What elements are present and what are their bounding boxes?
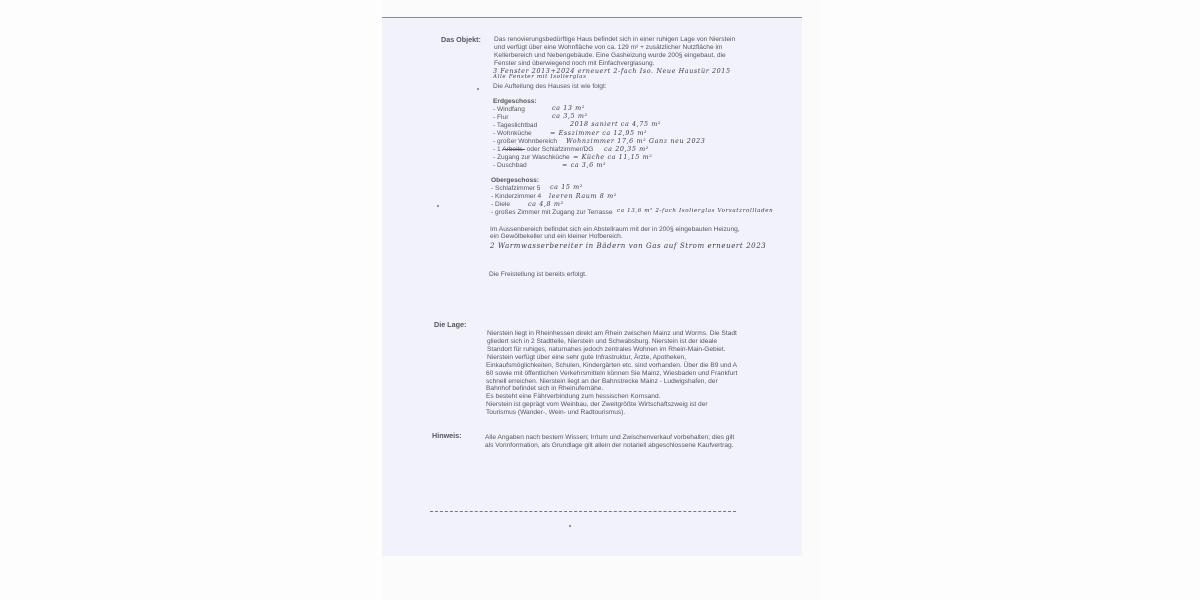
scan-speck xyxy=(569,525,571,527)
room-item: - großes Zimmer mit Zugang zur Terrasse xyxy=(491,209,613,217)
lage-line: Nierstein liegt in Rheinhessen direkt am… xyxy=(487,330,737,338)
lage-line: Standort für ruhiges, naturnahes jedoch … xyxy=(487,346,725,354)
room-note: 2018 saniert ca 4,75 m² xyxy=(570,120,661,128)
room-item: - Wohnküche xyxy=(493,130,532,138)
hinweis-line: als Vorinformation, als Grundlage gilt a… xyxy=(485,442,734,450)
freistellung-text: Die Freistellung ist bereits erfolgt. xyxy=(489,271,587,279)
room-item: - Duschbad xyxy=(493,162,527,170)
room-item: - Schlafzimmer 5 xyxy=(491,185,540,193)
room-item: - Tageslichtbad xyxy=(493,122,537,130)
room-note: leeren Raum 8 m² xyxy=(549,192,617,200)
objekt-intro-line: und verfügt über eine Wohnfläche von ca.… xyxy=(494,44,722,52)
scan-speck xyxy=(437,205,439,207)
room-note: Wohnzimmer 17,6 m² Ganz neu 2023 xyxy=(566,137,705,145)
section-label-hinweis: Hinweis: xyxy=(432,431,462,440)
section-label-objekt: Das Objekt: xyxy=(441,35,481,44)
room-note: ca 13 m² xyxy=(552,104,585,112)
hinweis-line: Alle Angaben nach bestem Wissen; Irrtum … xyxy=(485,434,734,442)
room-note: ca 4,8 m² xyxy=(528,200,564,208)
room-note: = ca 3,6 m² xyxy=(562,161,606,169)
room-note: ca 20,35 m² xyxy=(604,145,649,153)
objekt-intro-line: Kellerbereich und Nebengebäude. Eine Gas… xyxy=(494,52,726,60)
room-note: = Küche ca 11,15 m² xyxy=(573,153,652,161)
room-item: - Zugang zur Waschküche xyxy=(493,154,570,162)
aussen-line: ein Gewölbekeller und ein kleiner Hofber… xyxy=(490,233,623,241)
handwritten-note: Alle Fenster mit Isolierglas xyxy=(493,74,587,80)
room-item: - Diele xyxy=(491,201,510,209)
divider-line xyxy=(430,511,736,512)
lage-line: Es besteht eine Fährverbindung zum hessi… xyxy=(486,393,660,401)
obergeschoss-heading: Obergeschoss: xyxy=(491,177,539,185)
room-note: ca 15 m² xyxy=(550,183,583,191)
lage-line: Tourismus (Wander-, Wein- und Radtourism… xyxy=(486,409,625,417)
room-note: ca 13,6 m² 2-fach Isolierglas Vorsatzrol… xyxy=(617,208,773,214)
aufteilung-text: Die Aufteilung des Hauses ist wie folgt: xyxy=(493,83,607,91)
lage-line: gliedert sich in 2 Stadtteile, Nierstein… xyxy=(487,338,717,346)
lage-line: Nierstein ist geprägt vom Weinbau, der Z… xyxy=(486,401,708,409)
room-item: - großer Wohnbereich xyxy=(493,138,557,146)
objekt-intro-line: Das renovierungsbedürftige Haus befindet… xyxy=(494,36,735,44)
room-item: - Flur xyxy=(493,114,508,122)
lage-line: Bahnhof befindet sich in Rheinufernähe. xyxy=(486,385,603,393)
section-label-lage: Die Lage: xyxy=(434,320,466,329)
room-note: ca 3,5 m² xyxy=(552,112,588,120)
scanned-page xyxy=(382,17,802,556)
lage-line: 60 sowie mit öffentlichen Verkehrsmittel… xyxy=(486,370,737,378)
lage-line: Nierstein verfügt über eine sehr gute In… xyxy=(487,354,686,362)
scan-speck xyxy=(477,88,479,90)
lage-line: Einkaufsmöglichkeiten, Schulen, Kindergä… xyxy=(486,362,737,370)
room-item: - Windfang xyxy=(493,106,525,114)
erdgeschoss-heading: Erdgeschoss: xyxy=(493,98,537,106)
room-note: = Esszimmer ca 12,95 m² xyxy=(550,129,647,137)
handwritten-note: 2 Warmwasserbereiter in Bädern von Gas a… xyxy=(490,242,766,250)
